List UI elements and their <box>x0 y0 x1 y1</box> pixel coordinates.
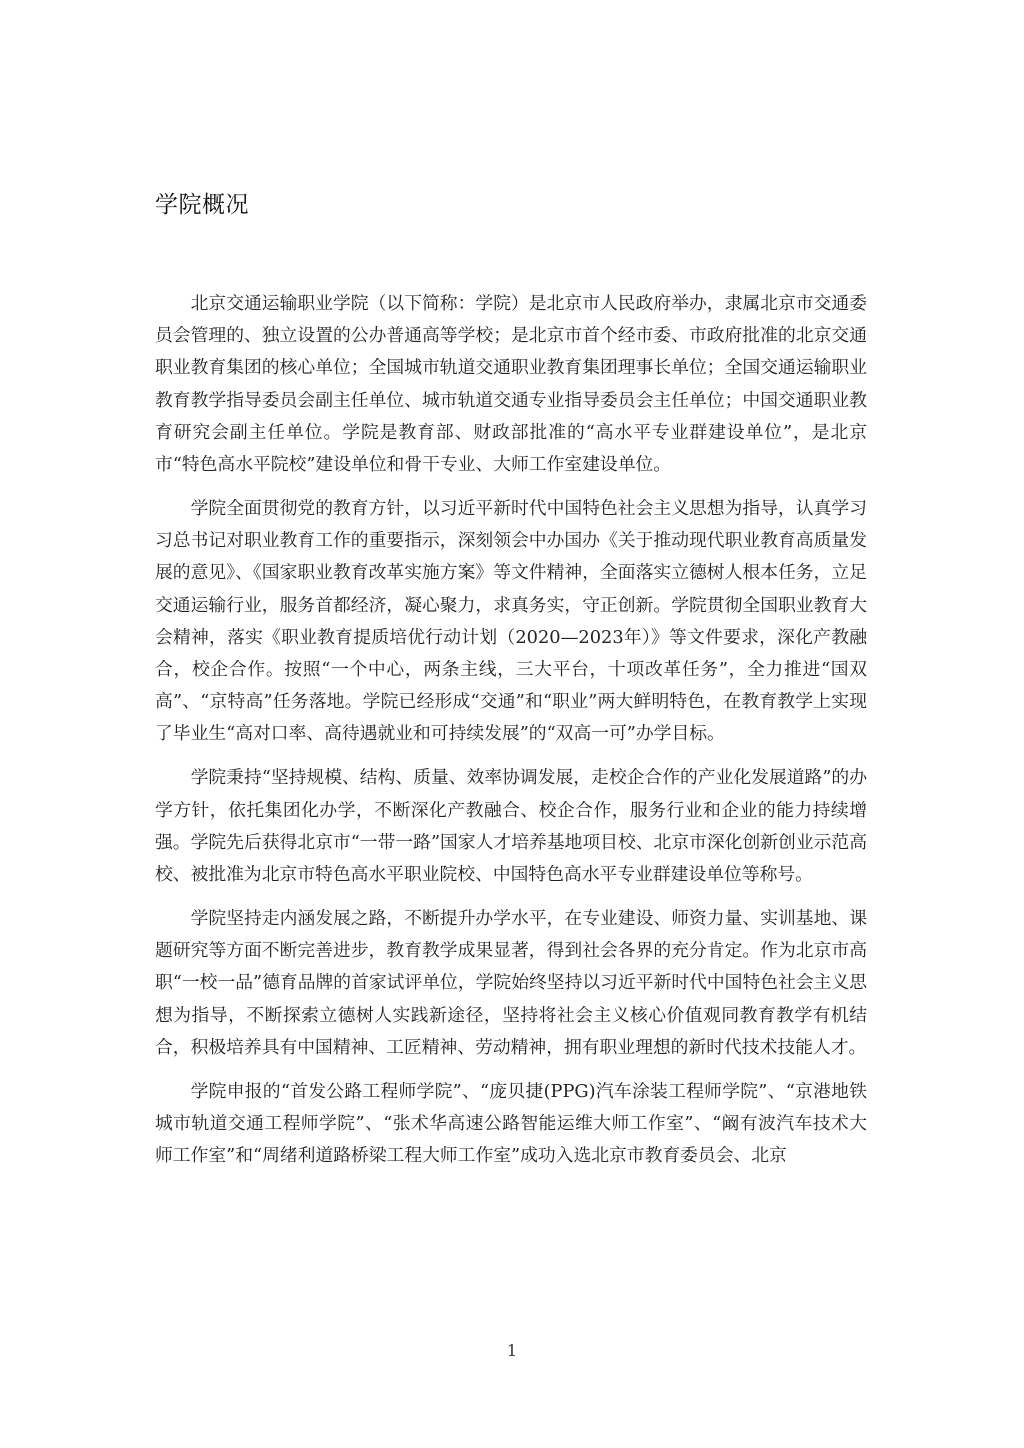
paragraph-school-philosophy: 学院秉持“坚持规模、结构、质量、效率协调发展，走校企合作的产业化发展道路”的办学… <box>155 762 867 891</box>
paragraph-overview: 北京交通运输职业学院（以下简称：学院）是北京市人民政府举办，隶属北京市交通委员会… <box>155 288 867 481</box>
paragraph-education-policy: 学院全面贯彻党的教育方针，以习近平新时代中国特色社会主义思想为指导，认真学习习总… <box>155 493 867 751</box>
paragraph-engineer-colleges: 学院申报的“首发公路工程师学院”、“庞贝捷(PPG)汽车涂装工程师学院”、“京港… <box>155 1076 867 1173</box>
document-body: 北京交通运输职业学院（以下简称：学院）是北京市人民政府举办，隶属北京市交通委员会… <box>155 288 867 1184</box>
document-page: 学院概况 北京交通运输职业学院（以下简称：学院）是北京市人民政府举办，隶属北京市… <box>0 0 1024 1448</box>
page-title: 学院概况 <box>155 186 249 219</box>
page-number: 1 <box>0 1341 1024 1360</box>
paragraph-development: 学院坚持走内涵发展之路，不断提升办学水平，在专业建设、师资力量、实训基地、课题研… <box>155 903 867 1064</box>
